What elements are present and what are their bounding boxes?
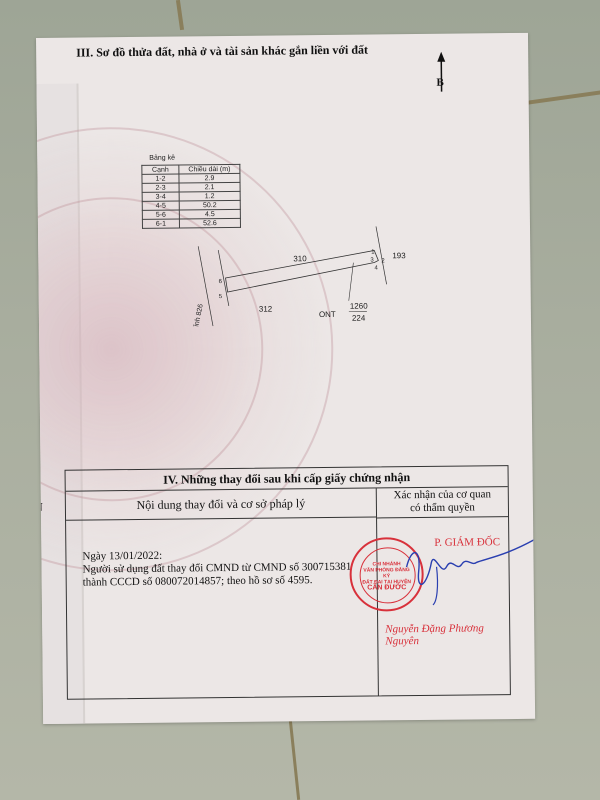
left-page-fragment-bottom: NG AN bbox=[36, 500, 43, 515]
vertex-label: 5 bbox=[219, 294, 223, 300]
floor-tile-seam bbox=[176, 0, 184, 30]
svg-text:B: B bbox=[436, 77, 444, 89]
edge-cell: 5-6 bbox=[142, 210, 179, 219]
neighbor-parcel-label: 310 bbox=[293, 254, 307, 263]
signature-icon bbox=[386, 536, 535, 608]
change-entry-text: thành CCCD số 080072014857; theo hồ sơ s… bbox=[83, 573, 383, 589]
signer-name: Nguyễn Đặng Phương Nguyên bbox=[385, 622, 509, 647]
authority-header-line: có thẩm quyền bbox=[377, 501, 508, 515]
parcel-number-label: 1260 bbox=[350, 302, 368, 311]
land-type-label: ONT bbox=[319, 310, 336, 319]
section-4-changes-table: IV. Những thay đổi sau khi cấp giấy chứn… bbox=[65, 465, 511, 700]
parcel-plot-map: Đường Tỉnh 826 310 312 193 1 2 3 4 5 6 O… bbox=[188, 214, 419, 326]
section-3-title: III. Sơ đồ thửa đất, nhà ở và tài sản kh… bbox=[76, 43, 368, 61]
edge-cell: 4-5 bbox=[142, 201, 179, 210]
edge-cell: 3-4 bbox=[142, 192, 179, 201]
parcel-area-label: 224 bbox=[352, 314, 366, 323]
bang-ke-label: Bảng kê bbox=[149, 155, 175, 162]
vertex-label: 4 bbox=[374, 265, 378, 271]
floor-tile-seam bbox=[520, 90, 600, 105]
authority-header-line: Xác nhận của cơ quan bbox=[377, 488, 508, 502]
vertex-label: 6 bbox=[219, 279, 223, 285]
edge-cell: 6-1 bbox=[142, 219, 179, 228]
neighbor-parcel-label: 312 bbox=[259, 305, 273, 314]
road-label: Đường Tỉnh 826 bbox=[188, 303, 205, 326]
bang-ke-header-canh: Cạnh bbox=[142, 165, 179, 174]
neighbor-parcel-label: 193 bbox=[392, 251, 406, 260]
floor-tile-seam bbox=[289, 720, 300, 800]
land-certificate-page: 6 III. Sơ đồ thửa đất, nhà ở và tài sản … bbox=[36, 33, 535, 724]
edge-cell: 2-3 bbox=[142, 183, 179, 192]
north-arrow-icon: B bbox=[431, 52, 451, 92]
vertex-label: 2 bbox=[381, 258, 385, 264]
change-entry: Ngày 13/01/2022: Người sử dụng đất thay … bbox=[82, 547, 382, 589]
authority-confirmation-header: Xác nhận của cơ quan có thẩm quyền bbox=[377, 487, 508, 518]
changes-content-header: Nội dung thay đổi và cơ sở pháp lý bbox=[66, 488, 376, 520]
edge-cell: 1-2 bbox=[142, 174, 179, 183]
